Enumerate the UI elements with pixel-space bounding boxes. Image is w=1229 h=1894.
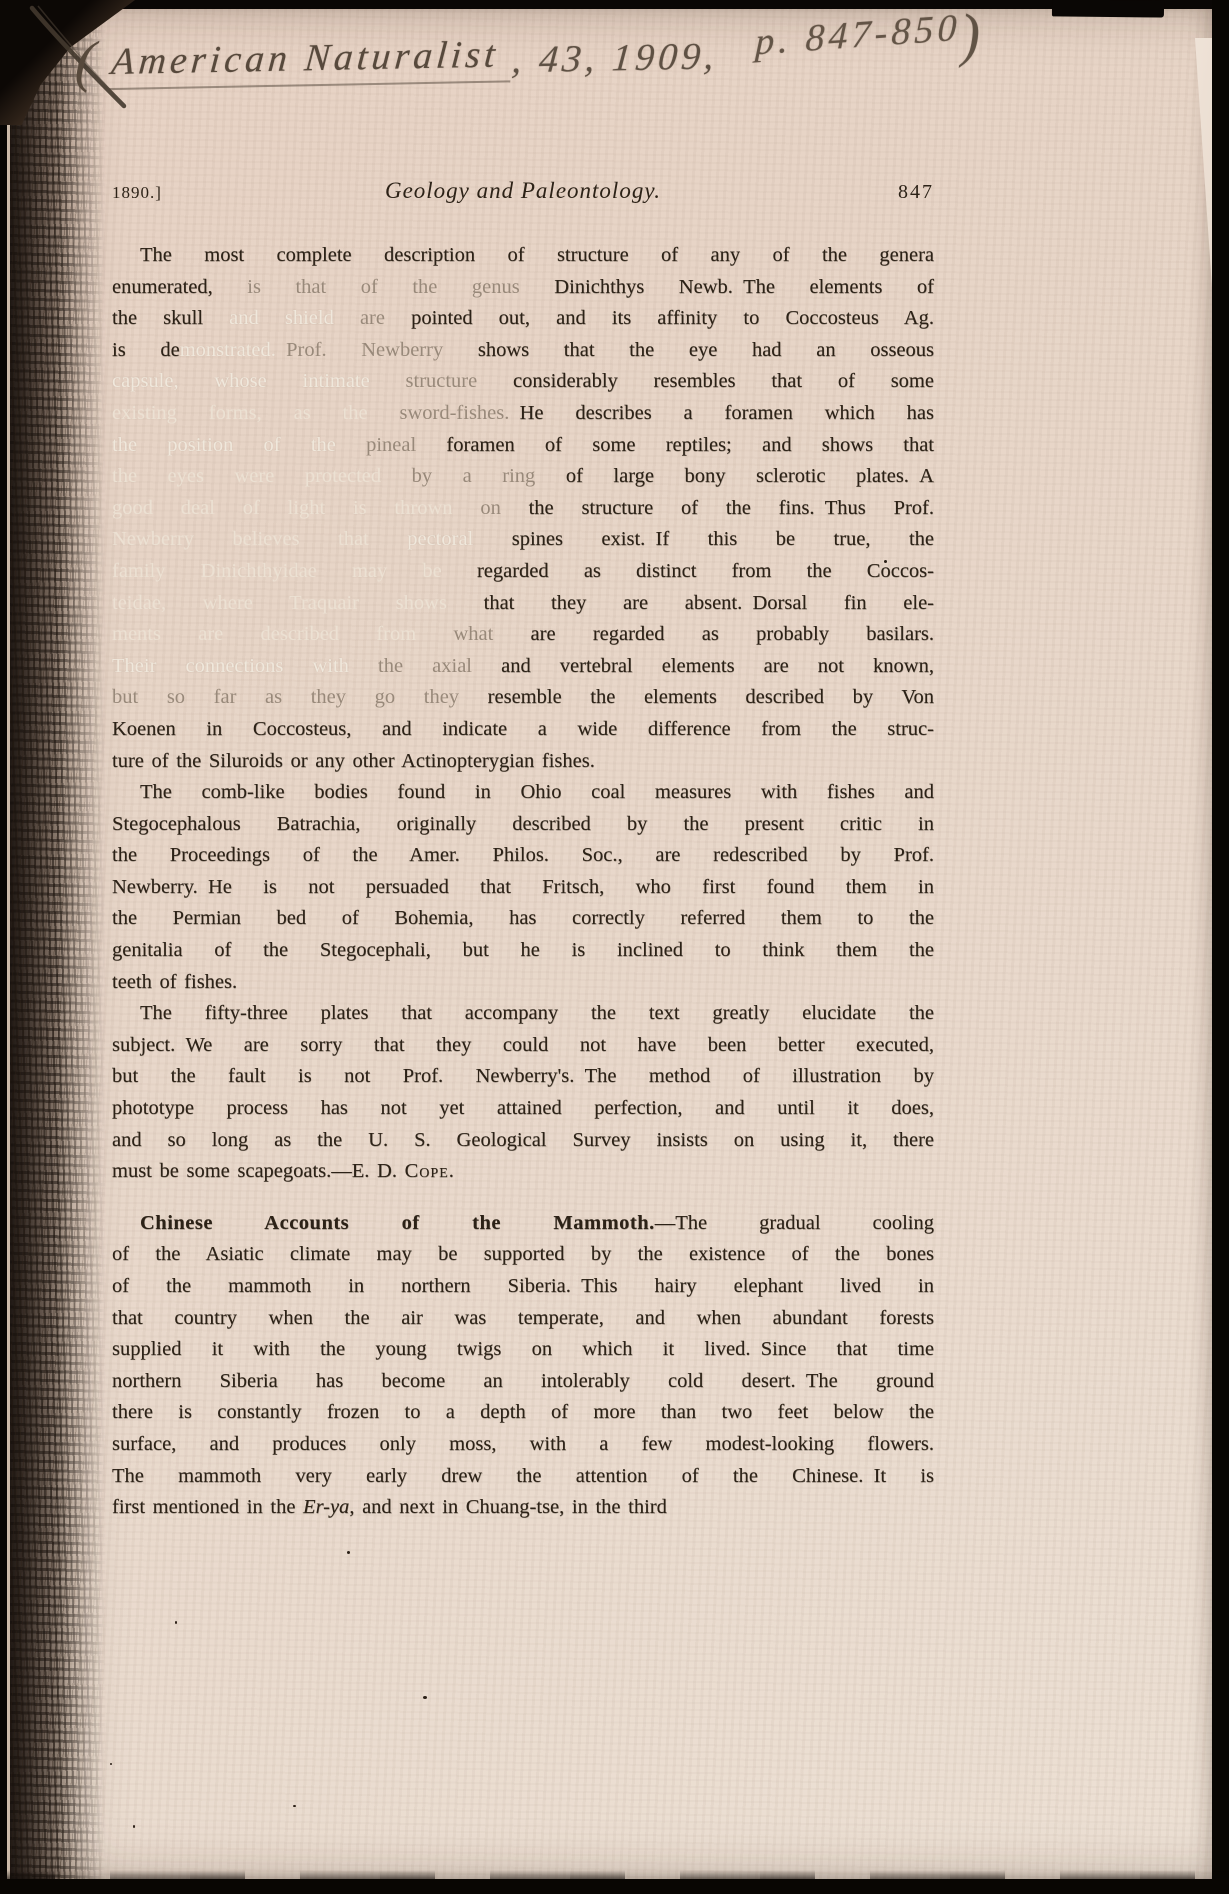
faded-text-segment: Their connections with <box>112 655 378 677</box>
text-line: is demonstrated. Prof. Newberry shows th… <box>112 335 934 367</box>
text-line: northern Siberia has become an intolerab… <box>112 1366 934 1398</box>
faded-text-segment: is that of the genus <box>247 276 519 298</box>
left-edge-damage-texture <box>10 0 106 1894</box>
text-segment: resemble the elements described by Von <box>488 686 934 708</box>
text-line: existing forms, as the sword-fishes. He … <box>112 398 934 430</box>
faded-text-segment: capsule, whose intimate <box>112 370 406 392</box>
text-segment: —The gradual cooling <box>655 1212 934 1234</box>
text-segment: that they are absent. Dorsal fin ele- <box>484 592 934 614</box>
paragraph-dinichthys-structure: The most complete description of structu… <box>112 240 934 777</box>
text-segment: the skull <box>112 307 229 329</box>
header-date: 1890.] <box>112 183 162 203</box>
header-title: Geology and Paleontology. <box>385 178 661 204</box>
text-segment: and vertebral elements are not known, <box>501 655 934 677</box>
text-segment: northern Siberia has become an intolerab… <box>112 1370 934 1392</box>
text-segment: but the fault is not Prof. Newberry's. T… <box>112 1065 934 1087</box>
faded-text-segment: family Dinichthyidae may be <box>112 560 477 582</box>
faded-text-segment: pectoral <box>407 528 511 550</box>
paragraph-chinese-accounts-of-the-mammoth: Chinese Accounts of the Mammoth.—The gra… <box>112 1208 934 1524</box>
citation-open-paren: ( <box>73 30 101 94</box>
faded-text-segment: what <box>453 623 530 645</box>
faded-text-segment: pineal <box>366 434 446 456</box>
text-segment: enumerated, <box>112 276 247 298</box>
text-line: that country when the air was temperate,… <box>112 1303 934 1335</box>
text-line: teidae, where Traquair shows that they a… <box>112 588 934 620</box>
citation-page-range: p. 847-850 <box>732 6 962 66</box>
text-segment: Koenen in Coccosteus, and indicate a wid… <box>112 718 934 740</box>
text-line: Newberry believes that pectoral spines e… <box>112 524 934 556</box>
text-segment: of the mammoth in northern Siberia. This… <box>112 1275 934 1297</box>
text-line: Newberry. He is not persuaded that Frits… <box>112 872 934 904</box>
text-line: the skull and shield are pointed out, an… <box>112 303 934 335</box>
text-line: phototype process has not yet attained p… <box>112 1093 934 1125</box>
text-line: the Proceedings of the Amer. Philos. Soc… <box>112 840 934 872</box>
text-segment: He describes a foramen which has <box>520 402 934 424</box>
text-segment: the Proceedings of the Amer. Philos. Soc… <box>112 844 934 866</box>
text-segment: foramen of some reptiles; and shows that <box>446 434 934 456</box>
paragraph-fifty-three-plates: The fifty-three plates that accompany th… <box>112 998 934 1188</box>
text-segment: surface, and produces only moss, with a … <box>112 1433 934 1455</box>
text-line: The most complete description of structu… <box>112 240 934 272</box>
dust-speck <box>423 1696 427 1699</box>
text-line: ments are described from what are regard… <box>112 619 934 651</box>
header-page-number: 847 <box>898 181 934 204</box>
text-segment: Newberry. He is not persuaded that Frits… <box>112 876 934 898</box>
text-line: of the mammoth in northern Siberia. This… <box>112 1271 934 1303</box>
text-line: capsule, whose intimate structure consid… <box>112 366 934 398</box>
text-segment: . <box>449 1160 454 1182</box>
text-line: must be some scapegoats.—E. D. Cope. <box>112 1156 934 1188</box>
text-line: teeth of fishes. <box>112 967 934 999</box>
text-segment: subject. We are sorry that they could no… <box>112 1034 934 1056</box>
faded-text-segment: Newberry believes that <box>112 528 407 550</box>
faded-text-segment: but so far as they go they <box>112 686 488 708</box>
text-segment: the structure of the fins. Thus Prof. <box>529 497 934 519</box>
dust-speck <box>347 1551 350 1554</box>
faded-text-segment: ments are described from <box>112 623 453 645</box>
text-line: The comb-like bodies found in Ohio coal … <box>112 777 934 809</box>
text-segment: Chinese Accounts of the Mammoth. <box>140 1212 655 1234</box>
text-line: of the Asiatic climate may be supported … <box>112 1239 934 1271</box>
text-segment: that country when the air was temperate,… <box>112 1307 934 1329</box>
dust-speck <box>110 1763 112 1765</box>
text-line: The fifty-three plates that accompany th… <box>112 998 934 1030</box>
text-segment: spines exist. If this be true, the <box>512 528 934 550</box>
dust-speck <box>293 1805 296 1807</box>
text-segment: The most complete description of structu… <box>140 244 934 266</box>
citation-journal-name: American Naturalist <box>109 33 515 90</box>
text-line: supplied it with the young twigs on whic… <box>112 1334 934 1366</box>
paragraph-comb-like-bodies: The comb-like bodies found in Ohio coal … <box>112 777 934 998</box>
text-line: but the fault is not Prof. Newberry's. T… <box>112 1061 934 1093</box>
scanned-journal-page: ( American Naturalist, 43, 1909, p. 847-… <box>0 0 1229 1894</box>
faded-text-segment: good deal of light is thrown <box>112 497 480 519</box>
text-segment: there is constantly frozen to a depth of… <box>112 1401 934 1423</box>
printed-text-column: 1890.] Geology and Paleontology. 847 The… <box>112 178 934 1524</box>
text-line: enumerated, is that of the genus Dinicht… <box>112 272 934 304</box>
text-segment: Dinichthys Newb. The elements of <box>520 276 934 298</box>
faded-text-segment: the position of the <box>112 434 366 456</box>
faded-text-segment: existing forms, as the <box>112 402 399 424</box>
text-line: but so far as they go they resemble the … <box>112 682 934 714</box>
citation-close-paren: ) <box>959 0 985 70</box>
text-segment: considerably resembles that of some <box>513 370 934 392</box>
text-line: there is constantly frozen to a depth of… <box>112 1397 934 1429</box>
text-segment: The mammoth very early drew the attentio… <box>112 1465 934 1487</box>
dust-speck <box>133 1825 135 1828</box>
text-segment: pointed out, and its affinity to Coccost… <box>411 307 934 329</box>
text-segment: Stegocephalous Batrachia, originally des… <box>112 813 934 835</box>
faded-text-segment: Prof. Newberry <box>286 339 478 361</box>
text-segment: The comb-like bodies found in Ohio coal … <box>140 781 934 803</box>
faded-text-segment: teidae, where Traquair shows <box>112 592 484 614</box>
bottom-scan-edge <box>0 1879 1229 1894</box>
text-line: and so long as the U. S. Geological Surv… <box>112 1125 934 1157</box>
text-line: surface, and produces only moss, with a … <box>112 1429 934 1461</box>
faded-text-segment: sword-fishes. <box>399 402 519 424</box>
text-segment: and so long as the U. S. Geological Surv… <box>112 1129 934 1151</box>
text-segment: , and next in Chuang-tse, in the third <box>349 1496 667 1518</box>
dust-speck <box>175 1621 177 1624</box>
text-segment: of large bony sclerotic plates. A <box>566 465 934 487</box>
text-segment: the Permian bed of Bohemia, has correctl… <box>112 907 934 929</box>
text-line: the eyes were protected by a ring of lar… <box>112 461 934 493</box>
faded-text-segment: the eyes were protected <box>112 465 412 487</box>
text-line: The mammoth very early drew the attentio… <box>112 1461 934 1493</box>
bottom-edge-rough-texture <box>0 1870 1229 1879</box>
text-segment: Er-ya <box>303 1496 349 1518</box>
running-header: 1890.] Geology and Paleontology. 847 <box>112 178 934 212</box>
text-segment: must be some scapegoats.—E. D. <box>112 1160 405 1182</box>
text-segment: phototype process has not yet attained p… <box>112 1097 934 1119</box>
faded-text-segment: on <box>480 497 528 519</box>
text-line: ture of the Siluroids or any other Actin… <box>112 746 934 778</box>
text-line: family Dinichthyidae may be regarded as … <box>112 556 934 588</box>
faded-text-segment: by a ring <box>412 465 566 487</box>
text-segment: The fifty-three plates that accompany th… <box>140 1002 934 1024</box>
text-line: Stegocephalous Batrachia, originally des… <box>112 809 934 841</box>
text-line: the Permian bed of Bohemia, has correctl… <box>112 903 934 935</box>
text-segment: shows that the eye had an osseous <box>478 339 934 361</box>
text-line: first mentioned in the Er-ya, and next i… <box>112 1492 934 1524</box>
text-segment: first mentioned in the <box>112 1496 303 1518</box>
text-line: Their connections with the axial and ver… <box>112 651 934 683</box>
text-line: Koenen in Coccosteus, and indicate a wid… <box>112 714 934 746</box>
text-line: Chinese Accounts of the Mammoth.—The gra… <box>112 1208 934 1240</box>
faded-text-segment: structure <box>406 370 514 392</box>
right-scan-edge <box>1212 0 1229 1894</box>
text-segment: Cope <box>405 1160 449 1182</box>
text-line: good deal of light is thrown on the stru… <box>112 493 934 525</box>
text-segment: ture of the Siluroids or any other Actin… <box>112 750 595 772</box>
text-segment: supplied it with the young twigs on whic… <box>112 1338 934 1360</box>
text-segment: is de <box>112 339 180 361</box>
text-segment: teeth of fishes. <box>112 971 237 993</box>
text-segment: genitalia of the Stegocephali, but he is… <box>112 939 934 961</box>
faded-text-segment: and shield <box>229 307 360 329</box>
article-body: The most complete description of structu… <box>112 240 934 1524</box>
text-line: genitalia of the Stegocephali, but he is… <box>112 935 934 967</box>
text-segment: of the Asiatic climate may be supported … <box>112 1243 934 1265</box>
text-line: the position of the pineal foramen of so… <box>112 430 934 462</box>
faded-text-segment: the axial <box>378 655 501 677</box>
text-segment: are regarded as probably basilars. <box>531 623 934 645</box>
citation-volume-year: , 43, 1909, <box>510 34 719 82</box>
faded-text-segment: monstrated. <box>180 339 286 361</box>
faded-text-segment: are <box>360 307 411 329</box>
text-segment: regarded as distinct from the Coccos- <box>477 560 934 582</box>
text-line: subject. We are sorry that they could no… <box>112 1030 934 1062</box>
